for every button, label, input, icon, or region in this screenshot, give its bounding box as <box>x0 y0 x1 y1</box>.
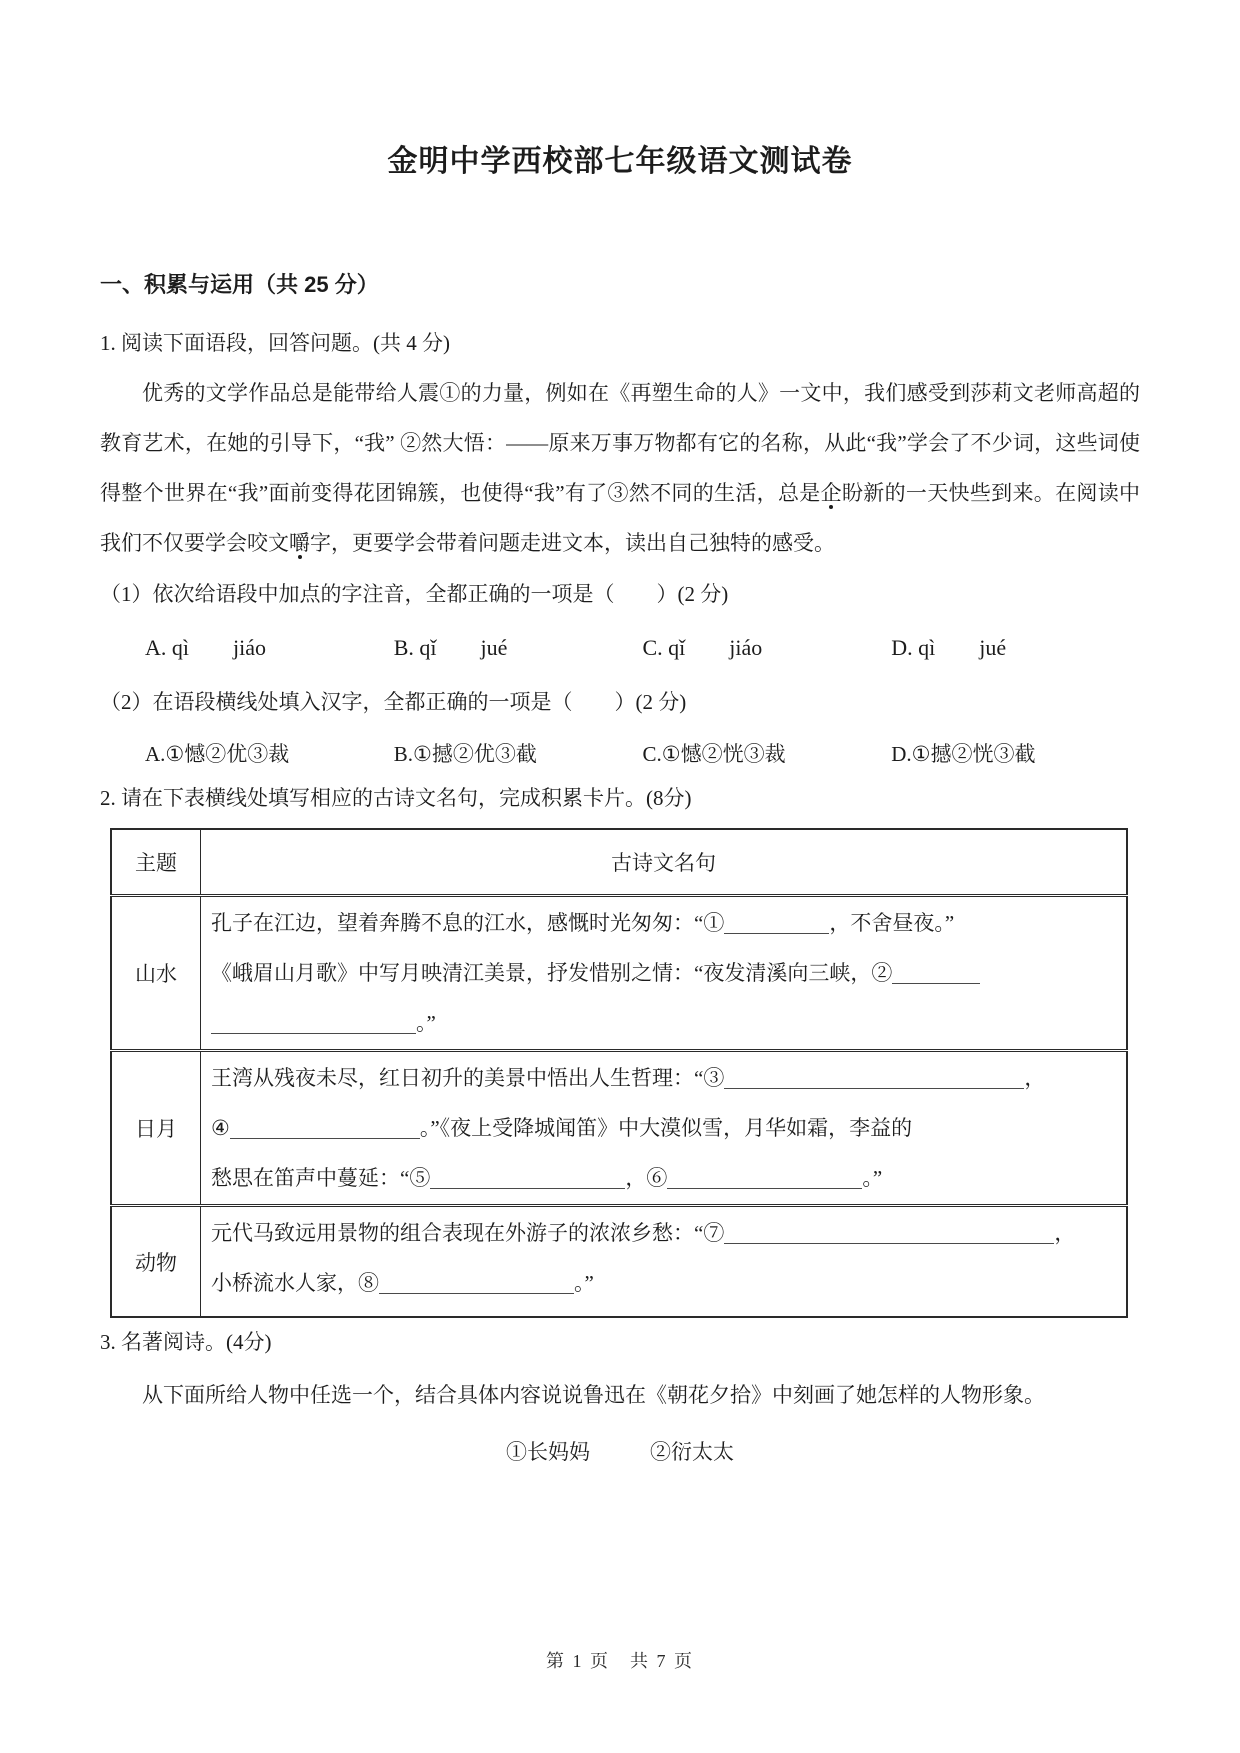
table-row-shanshui: 山水 孔子在江边，望着奔腾不息的江水，感慨时光匆匆：“①，不舍昼夜。” 《峨眉山… <box>111 896 1127 1051</box>
quote-cell: 孔子在江边，望着奔腾不息的江水，感慨时光匆匆：“①，不舍昼夜。” 《峨眉山月歌》… <box>201 896 1128 1051</box>
blank-line-4 <box>230 1118 420 1139</box>
quote-text: 孔子在江边，望着奔腾不息的江水，感慨时光匆匆：“① <box>211 911 724 935</box>
option-a: A. qì jiáo <box>145 630 394 666</box>
q1-sub2-options: A.①憾②优③裁 B.①撼②优③截 C.①憾②恍③裁 D.①撼②恍③截 <box>145 734 1140 774</box>
option-c: C.①憾②恍③裁 <box>643 734 892 774</box>
option-c: C. qǐ jiáo <box>643 630 892 666</box>
q1-sub1-stem: （1）依次给语段中加点的字注音，全都正确的一项是（ ）(2 分) <box>100 574 1140 614</box>
quote-text: ，不舍昼夜。” <box>829 911 954 935</box>
theme-label: 动物 <box>111 1206 201 1318</box>
q2-stem: 2. 请在下表横线处填写相应的古诗文名句，完成积累卡片。(8分) <box>100 778 1140 818</box>
blank-line-8 <box>379 1273 574 1294</box>
choice-changmama: ①长妈妈 <box>506 1434 590 1470</box>
dotted-character-jiao: 嚼 <box>289 531 310 555</box>
passage-segment: 字，更要学会带着问题走进文本，读出自己独特的感受。 <box>310 531 835 555</box>
q1-sub1-options: A. qì jiáo B. qǐ jué C. qǐ jiáo D. qì ju… <box>145 630 1140 666</box>
q3-stem: 3. 名著阅诗。(4分) <box>100 1324 1140 1360</box>
blank-line-3 <box>724 1068 1024 1089</box>
option-d: D. qì jué <box>891 630 1140 666</box>
header-theme: 主题 <box>111 829 201 896</box>
q3-body: 从下面所给人物中任选一个，结合具体内容说说鲁迅在《朝花夕拾》中刻画了她怎样的人物… <box>100 1370 1140 1420</box>
page-footer: 第 1 页 共 7 页 <box>0 1647 1240 1675</box>
quote-text: 小桥流水人家，⑧ <box>211 1271 379 1295</box>
blank-line-5 <box>430 1168 625 1189</box>
quote-text: ， <box>1054 1221 1075 1245</box>
theme-label: 日月 <box>111 1051 201 1206</box>
quote-text: 。” <box>862 1166 882 1190</box>
blank-line-7 <box>724 1223 1054 1244</box>
quote-text: ， <box>1024 1066 1045 1090</box>
dotted-character-qi: 企 <box>821 481 842 505</box>
table-header-row: 主题 古诗文名句 <box>111 829 1127 896</box>
theme-label: 山水 <box>111 896 201 1051</box>
quote-cell: 元代马致远用景物的组合表现在外游子的浓浓乡愁：“⑦， 小桥流水人家，⑧。” <box>201 1206 1128 1318</box>
blank-line-2-cont <box>211 1013 416 1034</box>
poetry-accumulation-table: 主题 古诗文名句 山水 孔子在江边，望着奔腾不息的江水，感慨时光匆匆：“①，不舍… <box>110 828 1128 1318</box>
q1-sub2-stem: （2）在语段横线处填入汉字，全都正确的一项是（ ）(2 分) <box>100 682 1140 722</box>
quote-text: 王湾从残夜未尽，红日初升的美景中悟出人生哲理：“③ <box>211 1066 724 1090</box>
header-quote: 古诗文名句 <box>201 829 1128 896</box>
option-b: B. qǐ jué <box>394 630 643 666</box>
quote-text: ④ <box>211 1116 230 1140</box>
page-title: 金明中学西校部七年级语文测试卷 <box>100 0 1140 182</box>
section-heading: 一、积累与运用（共 25 分） <box>100 270 1140 300</box>
table-row-riyue: 日月 王湾从残夜未尽，红日初升的美景中悟出人生哲理：“③， ④。”《夜上受降城闻… <box>111 1051 1127 1206</box>
quote-text: 。” <box>416 1011 436 1035</box>
q1-passage: 优秀的文学作品总是能带给人震①的力量，例如在《再塑生命的人》一文中，我们感受到莎… <box>100 368 1140 568</box>
test-paper-page: 金明中学西校部七年级语文测试卷 一、积累与运用（共 25 分） 1. 阅读下面语… <box>0 0 1240 1753</box>
q3-choices: ①长妈妈 ②衍太太 <box>100 1434 1140 1470</box>
quote-cell: 王湾从残夜未尽，红日初升的美景中悟出人生哲理：“③， ④。”《夜上受降城闻笛》中… <box>201 1051 1128 1206</box>
blank-line-2 <box>892 963 980 984</box>
quote-text: ，⑥ <box>625 1166 667 1190</box>
option-b: B.①撼②优③截 <box>394 734 643 774</box>
quote-text: 愁思在笛声中蔓延：“⑤ <box>211 1166 430 1190</box>
quote-text: 《峨眉山月歌》中写月映清江美景，抒发惜别之情：“夜发清溪向三峡，② <box>211 961 892 985</box>
table-row-dongwu: 动物 元代马致远用景物的组合表现在外游子的浓浓乡愁：“⑦， 小桥流水人家，⑧。” <box>111 1206 1127 1318</box>
quote-text: 元代马致远用景物的组合表现在外游子的浓浓乡愁：“⑦ <box>211 1221 724 1245</box>
choice-yantaitai: ②衍太太 <box>650 1434 734 1470</box>
quote-text: 。”《夜上受降城闻笛》中大漠似雪，月华如霜，李益的 <box>420 1116 912 1140</box>
blank-line-6 <box>667 1168 862 1189</box>
blank-line-1 <box>724 913 829 934</box>
option-a: A.①憾②优③裁 <box>145 734 394 774</box>
q1-stem: 1. 阅读下面语段，回答问题。(共 4 分) <box>100 326 1140 360</box>
option-d: D.①撼②恍③截 <box>891 734 1140 774</box>
quote-text: 。” <box>574 1271 594 1295</box>
